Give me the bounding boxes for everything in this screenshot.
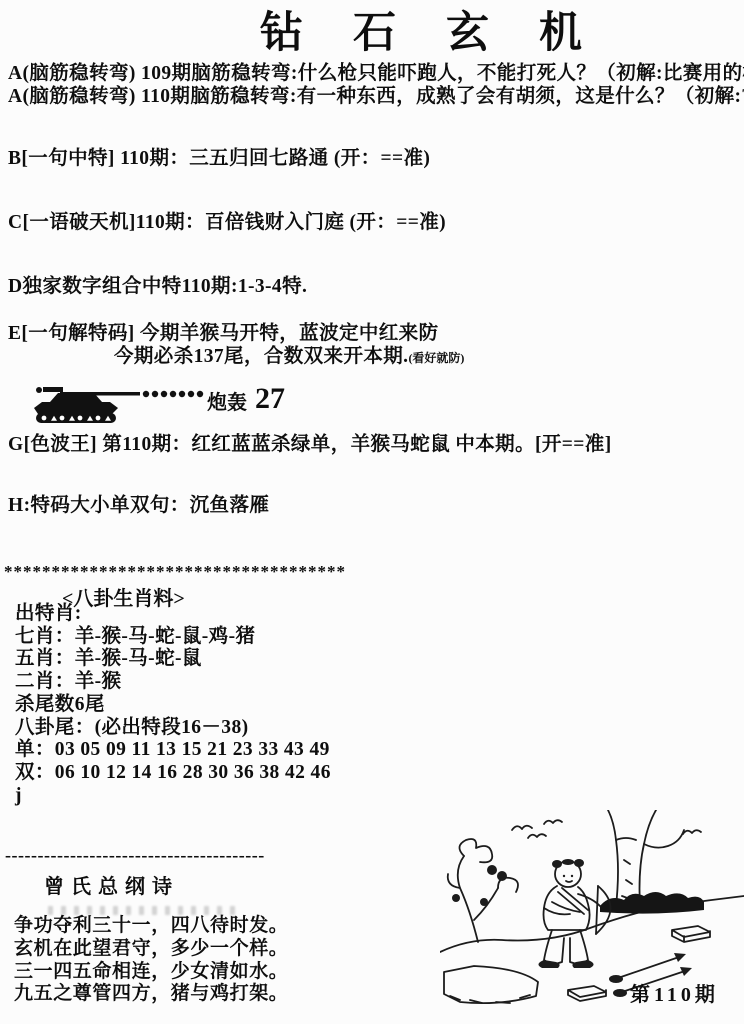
bagua-line-chutexiao: 出特肖: [15,603,331,626]
bagua-line-wuxiao: 五肖：羊-猴-马-蛇-鼠 [15,648,331,671]
poem: 争功夺利三十一，四八待时发。 玄机在此望君守，多少一个样。 三一四五命相连，少女… [14,915,288,1006]
line-a-110: A(脑筋稳转弯) 110期脑筋稳转弯:有一种东西，成熟了会有胡须，这是什么？（初… [8,86,744,107]
issue-caption: 第110期 [630,978,719,1007]
lottery-tip-sheet: 钻石玄机 A(脑筋稳转弯) 109期脑筋稳转弯:什么枪只能吓跑人，不能打死人？（… [0,0,744,1024]
stars-divider: ************************************ [4,562,346,582]
bagua-list: 出特肖: 七肖：羊-猴-马-蛇-鼠-鸡-猪 五肖：羊-猴-马-蛇-鼠 二肖：羊-… [15,603,331,807]
faded-print-artifact [48,906,238,915]
bagua-line-odd-numbers: 单：03 05 09 11 13 15 21 23 33 43 49 [15,739,331,762]
tank-icon [34,383,204,430]
line-b: B[一句中特] 110期：三五归回七路通 (开：==准) [8,148,430,169]
dashed-divider: ---------------------------------------- [5,845,265,866]
poem-title: 曾氏总纲诗 [44,870,179,899]
bagua-line-stray-mark: j [15,785,331,808]
cannon-number: 27 [255,382,285,416]
poem-line-4: 九五之尊管四方，猪与鸡打架。 [14,983,288,1006]
bagua-line-qixiao: 七肖：羊-猴-马-蛇-鼠-鸡-猪 [15,626,331,649]
cannon-label: 炮轰 [207,386,247,415]
line-g: G[色波王] 第110期：红红蓝蓝杀绿单，羊猴马蛇鼠 中本期。[开==准] [8,434,612,455]
page-title: 钻石玄机 [260,12,632,55]
line-e-2-text: 今期必杀137尾，合数双来开本期. [114,346,408,367]
line-e-1: E[一句解特码] 今期羊猴马开特，蓝波定中红来防 [8,323,438,344]
shell-dots [143,391,203,397]
bagua-line-shaweishu: 杀尾数6尾 [15,694,331,717]
birds-icon [512,820,701,838]
line-e-2: 今期必杀137尾，合数双来开本期.(看好就防) [114,346,464,367]
poem-line-3: 三一四五命相连，少女清如水。 [14,961,288,984]
bagua-line-even-numbers: 双：06 10 12 14 16 28 30 36 38 42 46 [15,762,331,785]
line-d: D独家数字组合中特110期:1-3-4特. [8,276,307,297]
line-c: C[一语破天机]110期：百倍钱财入门庭 (开：==准) [8,212,446,233]
archer-boy-icon [538,859,610,968]
tree-icon [600,810,704,914]
bagua-line-erxiao: 二肖：羊-猴 [15,671,331,694]
poem-line-2: 玄机在此望君守，多少一个样。 [14,938,288,961]
line-a-109: A(脑筋稳转弯) 109期脑筋稳转弯:什么枪只能吓跑人，不能打死人？（初解:比赛… [8,63,744,84]
rock-icon [444,966,538,1003]
cannon-banner: 炮轰 27 [34,383,285,430]
line-h: H:特码大小单双句：沉鱼落雁 [8,495,269,516]
bagua-line-baguawei: 八卦尾：(必出特段16－38) [15,717,331,740]
line-e-2-note: (看好就防) [408,351,464,365]
poem-line-1: 争功夺利三十一，四八待时发。 [14,915,288,938]
flower-bush-icon [448,839,518,942]
